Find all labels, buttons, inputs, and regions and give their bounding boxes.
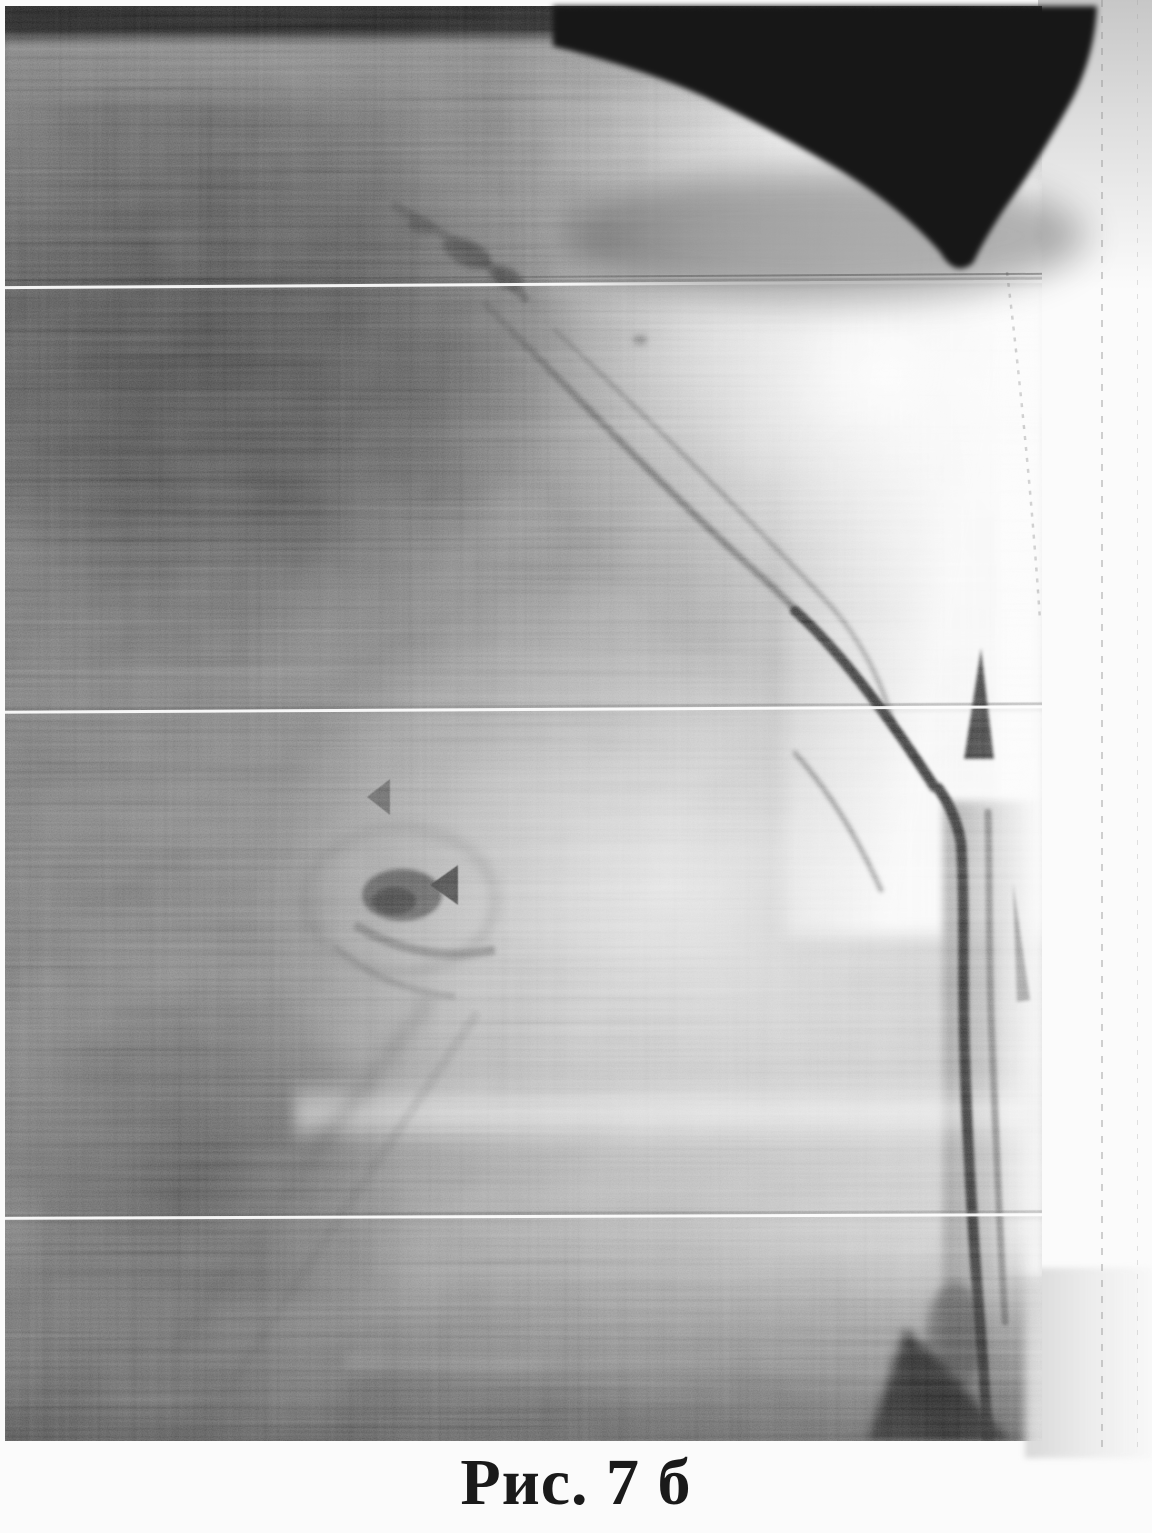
drain-tube-lines — [795, 611, 1030, 1441]
photo-marks — [5, 6, 1042, 1441]
page-top-right-gray-strip — [1038, 0, 1152, 290]
lesion-marks — [305, 828, 495, 996]
smudge-blobs — [330, 214, 647, 345]
page-bottom-right-wash — [1025, 1268, 1152, 1458]
bottom-shadow-wedge — [867, 1281, 1010, 1441]
page: Рис. 7 б — [0, 0, 1152, 1533]
figure-caption: Рис. 7 б — [0, 1450, 1152, 1516]
arrowhead-left-icon — [367, 779, 390, 815]
body-edge-dotted — [1007, 272, 1040, 620]
page-vertical-fold-line — [1101, 0, 1103, 1450]
page-vertical-fold-line-faint — [1137, 0, 1138, 1450]
scan-photo — [5, 6, 1042, 1441]
